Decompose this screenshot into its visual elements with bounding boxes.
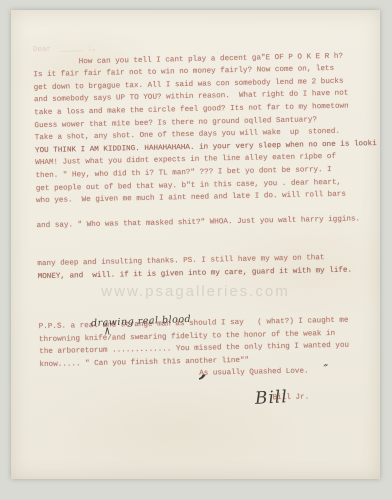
- handwritten-signature: Bill: [254, 387, 288, 409]
- letter-lines: Dear _____ ;, How can you tell I cant pl…: [33, 37, 381, 409]
- letter-paper: www.psagalleries.com Dear _____ ;, How c…: [11, 10, 380, 479]
- insertion-caret-mark: ∧: [104, 326, 111, 339]
